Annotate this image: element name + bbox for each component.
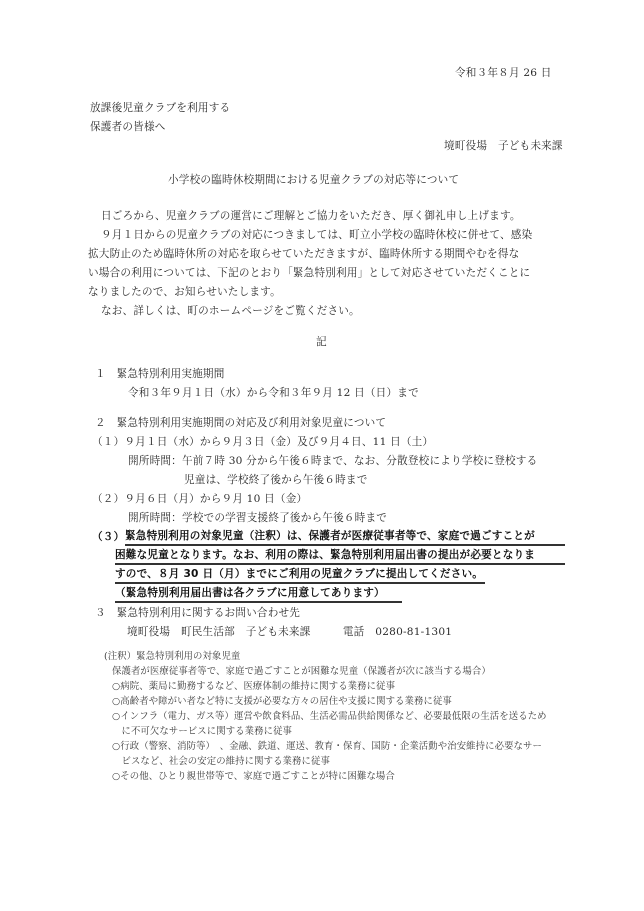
document-date: 令和３年８月 26 日 xyxy=(455,66,552,80)
note-title: (注釈）緊急特別利用の対象児童 xyxy=(104,650,240,663)
section-2-item-3-label: （３） xyxy=(92,530,124,544)
section-3-contact: 境町役場 町民生活部 子ども未来課 電話 0280-81-1301 xyxy=(127,625,452,639)
sender: 境町役場 子ども未来課 xyxy=(444,139,563,153)
section-2-item-2-title: （２）９月６日（月）から９月 10 日（金） xyxy=(92,492,307,506)
section-2-heading: ２ 緊急特別利用実施期間の対応及び利用対象児童について xyxy=(95,416,386,430)
section-2-item-3-line-2: 困難な児童となります。なお、利用の際は、緊急特別利用届出書の提出が必要となりま xyxy=(115,548,565,565)
recipient-line-2: 保護者の皆様へ xyxy=(90,120,166,134)
body-paragraph-2-line-1: ９月１日からの児童クラブの対応につきましては、町立小学校の臨時休校に併せて、感染 xyxy=(101,228,532,242)
body-paragraph-2-line-4: なりましたので、お知らせいたします。 xyxy=(88,285,281,299)
ki-heading: 記 xyxy=(316,335,327,349)
note-item: ○その他、ひとり親世帯等で、家庭で過ごすことが特に困難な場合 xyxy=(112,770,395,783)
note-item: ○インフラ（電力、ガス等）運営や飲食料品、生活必需品供給関係など、必要最低限の生… xyxy=(112,710,547,723)
section-2-item-1-title: （１）９月１日（水）から９月３日（金）及び９月４日、11 日（土） xyxy=(92,435,433,449)
note-item-continuation: ビスなど、社会の安定の維持に関する業務に従事 xyxy=(112,755,330,768)
note-item: ○行政（警察、消防等） 、金融、鉄道、運送、教育・保育、国防・企業活動や治安維持… xyxy=(112,740,542,753)
document-title: 小学校の臨時休校期間における児童クラブの対応等について xyxy=(168,173,459,187)
section-1-period: 令和３年９月１日（水）から令和３年９月 12 日（日）まで xyxy=(128,386,419,400)
body-paragraph-2-line-3: い場合の利用については、下記のとおり「緊急特別利用」として対応させていただくこと… xyxy=(88,266,530,280)
body-paragraph-1: 日ごろから、児童クラブの運営にご理解とご協力をいただき、厚く御礼申し上げます。 xyxy=(101,209,521,223)
note-item: ○病院、薬局に勤務するなど、医療体制の維持に関する業務に従事 xyxy=(112,680,395,693)
section-2-item-1-hours-line-2: 児童は、学校終了後から午後６時まで xyxy=(184,473,368,487)
section-3-heading: ３ 緊急特別利用に関するお問い合わせ先 xyxy=(95,606,300,620)
note-item: ○高齢者や障がい者など特に支援が必要な方々の居住や支援に関する業務に従事 xyxy=(112,695,452,708)
body-paragraph-3: なお、詳しくは、町のホームページをご覧ください。 xyxy=(101,304,360,318)
recipient-line-1: 放課後児童クラブを利用する xyxy=(90,101,230,115)
section-2-item-3-line-1: 緊急特別利用の対象児童（注釈）は、保護者が医療従事者等で、家庭で過ごすことが xyxy=(125,529,565,546)
section-2-item-3-line-3: すので、８月 30 日（月）までにご利用の児童クラブに提出してください。 xyxy=(115,567,485,584)
section-1-heading: １ 緊急特別利用実施期間 xyxy=(95,367,225,381)
note-intro: 保護者が医療従事者等で、家庭で過ごすことが困難な児童（保護者が次に該当する場合） xyxy=(112,665,491,678)
note-item-continuation: に不可欠なサービスに関する業務に従事 xyxy=(112,725,292,738)
section-2-item-1-hours-line-1: 開所時間：午前７時 30 分から午後６時まで、なお、分散登校により学校に登校する xyxy=(128,454,537,468)
section-2-item-3-line-4: （緊急特別利用届出書は各クラブに用意してあります） xyxy=(115,586,402,603)
body-paragraph-2-line-2: 拡大防止のため臨時休所の対応を取らせていただきますが、臨時休所する期間やむを得な xyxy=(88,247,519,261)
section-2-item-2-hours: 開所時間：学校での学習支援終了後から午後６時まで xyxy=(128,511,387,525)
